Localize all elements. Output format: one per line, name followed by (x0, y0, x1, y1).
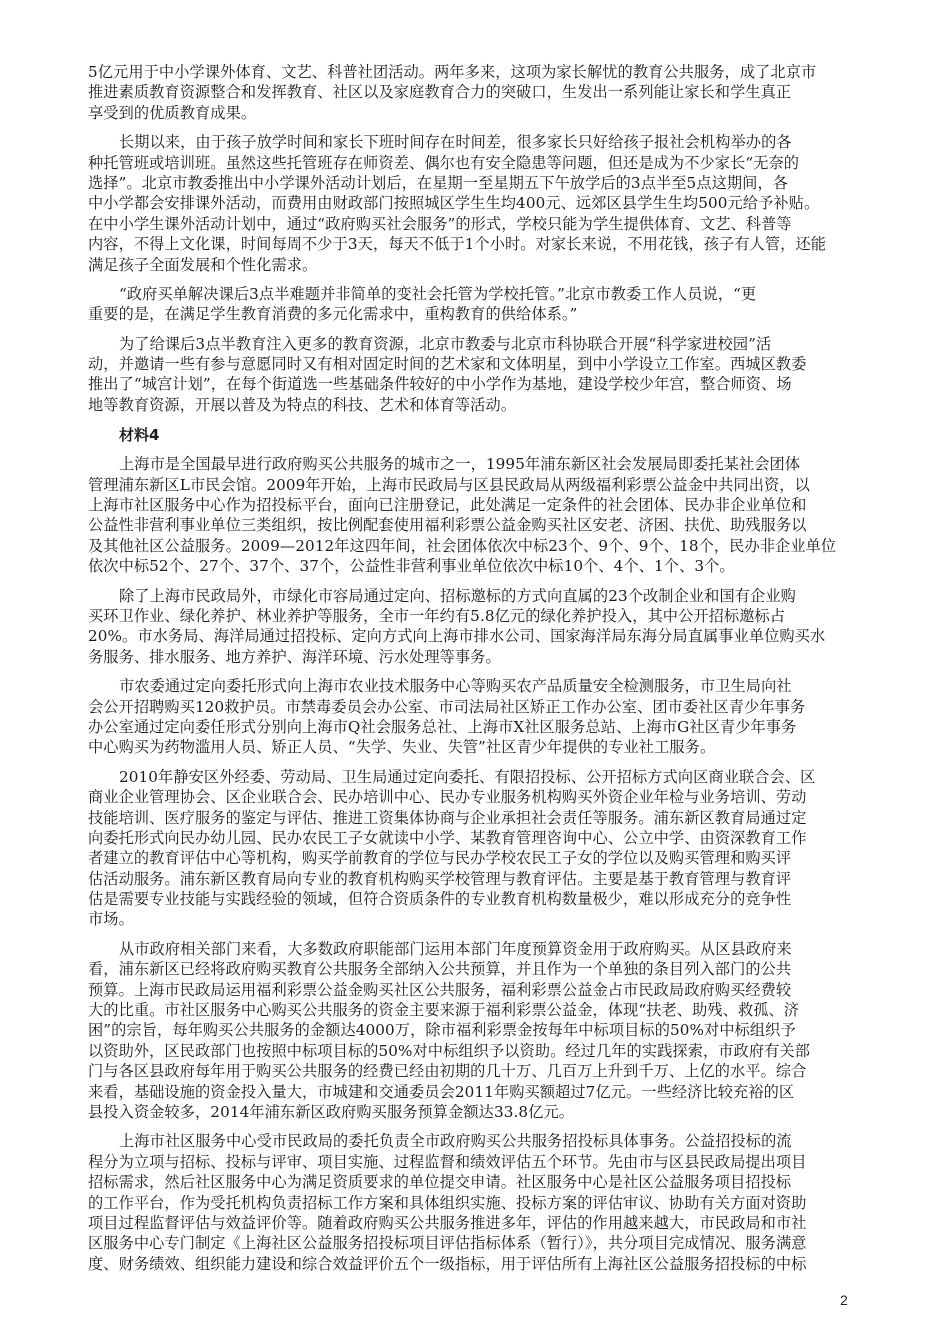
page-number: 2 (840, 1292, 848, 1308)
text-line: 门与各区县政府每年用于购买公共服务的经费已经由初期的几十万、几百万上升到千万、上… (88, 1061, 864, 1081)
text-line: 推进素质教育资源整合和发挥教育、社区以及家庭教育合力的突破口，生发出一系列能让家… (88, 82, 864, 102)
text-line: 困”的宗旨，每年购买公共服务的金额达4000万，除市福利彩票金按每年中标项目标的… (88, 1020, 864, 1040)
text-line: 重要的是，在满足学生教育消费的多元化需求中，重构教育的供给体系。” (88, 304, 864, 324)
text-line: 来看，基础设施的资金投入量大，市城建和交通委员会2011年购买额超过7亿元。一些… (88, 1082, 864, 1102)
text-line: 推出了“城宫计划”，在每个街道选一些基础条件较好的中小学作为基地，建设学校少年宫… (88, 374, 864, 394)
text-line: 买环卫作业、绿化养护、林业养护等服务，全市一年约有5.8亿元的绿化养护投入，其中… (88, 606, 864, 626)
text-line: 从市政府相关部门来看，大多数政府职能部门运用本部门年度预算资金用于政府购买。从区… (88, 939, 864, 959)
section-heading: 材料4 (119, 424, 864, 446)
text-line: 者建立的教育评估中心等机构，购买学前教育的学位与民办学校农民工子女的学位以及购买… (88, 848, 864, 868)
text-line: 看，浦东新区已经将政府购买教育公共服务全部纳入公共预算，并且作为一个单独的条目列… (88, 959, 864, 979)
text-line: 预算。上海市民政局运用福利彩票公益金购买社区公共服务，福利彩票公益金占市民政局政… (88, 980, 864, 1000)
text-line: 估活动服务。浦东新区教育局向专业的教育机构购买学校管理与教育评估。主要是基于教育… (88, 869, 864, 889)
text-line: 满足孩子全面发展和个性化需求。 (88, 255, 864, 275)
text-line: 种托管班或培训班。虽然这些托管班存在师资差、偶尔也有安全隐患等问题，但还是成为不… (88, 153, 864, 173)
text-line: 向委托形式向民办幼儿园、民办农民工子女就读中小学、某教育管理咨询中心、公立中学、… (88, 828, 864, 848)
text-line: 20%。市水务局、海洋局通过招投标、定向方式向上海市排水公司、国家海洋局东海分局… (88, 626, 864, 646)
paragraph: 除了上海市民政局外，市绿化市容局通过定向、招标邀标的方式向直属的23个改制企业和… (88, 586, 864, 668)
paragraph: “政府买单解决课后3点半难题并非简单的变社会托管为学校托管。”北京市教委工作人员… (88, 284, 864, 325)
paragraph: 长期以来，由于孩子放学时间和家长下班时间存在时间差，很多家长只好给孩子报社会机构… (88, 132, 864, 275)
text-line: 区服务中心专门制定《上海社区公益服务招投标项目评估指标体系（暂行）》，共分项目完… (88, 1233, 864, 1253)
text-line: 2010年静安区外经委、劳动局、卫生局通过定向委托、有限招投标、公开招标方式向区… (88, 767, 864, 787)
paragraph: 5亿元用于中小学课外体育、文艺、科普社团活动。两年多来，这项为家长解忧的教育公共… (88, 62, 864, 123)
text-line: 公益性非营利事业单位三类组织，按比例配套使用福利彩票公益金购买社区安老、济困、扶… (88, 515, 864, 535)
text-line: 内容，不得上文化课，时间每周不少于3天，每天不低于1个小时。对家长来说，不用花钱… (88, 234, 864, 254)
text-line: 技能培训、医疗服务的鉴定与评估、推进工资集体协商与企业承担社会责任等服务。浦东新… (88, 808, 864, 828)
text-line: 在中小学生课外活动计划中，通过“政府购买社会服务”的形式，学校只能为学生提供体育… (88, 214, 864, 234)
text-line: 地等教育资源，开展以普及为特点的科技、艺术和体育等活动。 (88, 395, 864, 415)
text-line: 享受到的优质教育成果。 (88, 103, 864, 123)
text-line: 招标需求，然后社区服务中心为满足资质要求的单位提交申请。社区服务中心是社区公益服… (88, 1172, 864, 1192)
text-line: 中心购买为药物滥用人员、矫正人员、“失学、失业、失管”社区青少年提供的专业社工服… (88, 737, 864, 757)
paragraph: 市农委通过定向委托形式向上海市农业技术服务中心等购买农产品质量安全检测服务，市卫… (88, 676, 864, 758)
text-line: 的工作平台，作为受托机构负责招标工作方案和具体组织实施、投标方案的评估审议、协助… (88, 1193, 864, 1213)
text-line: 商业企业管理协会、区企业联合会、民办培训中心、民办专业服务机构购买外资企业年检与… (88, 787, 864, 807)
text-line: 大的比重。市社区服务中心购买公共服务的资金主要来源于福利彩票公益金，体现“扶老、… (88, 1000, 864, 1020)
text-line: 估是需要专业技能与实践经验的领域，但符合资质条件的专业教育机构数量极少，难以形成… (88, 889, 864, 909)
paragraph: 为了给课后3点半教育注入更多的教育资源，北京市教委与北京市科协联合开展“科学家进… (88, 334, 864, 416)
text-line: 会公开招聘购买120救护员。市禁毒委员会办公室、市司法局社区矫正工作办公室、团市… (88, 697, 864, 717)
paragraph: 上海市是全国最早进行政府购买公共服务的城市之一，1995年浦东新区社会发展局即委… (88, 454, 864, 576)
text-line: 上海市社区服务中心作为招投标平台，面向已注册登记，此处满足一定条件的社会团体、民… (88, 495, 864, 515)
document-page: 5亿元用于中小学课外体育、文艺、科普社团活动。两年多来，这项为家长解忧的教育公共… (88, 62, 864, 1283)
text-line: 办公室通过定向委任形式分别向上海市Q社会服务总社、上海市X社区服务总站、上海市G… (88, 717, 864, 737)
text-line: 市场。 (88, 909, 864, 929)
text-line: 务服务、排水服务、地方养护、海洋环境、污水处理等事务。 (88, 647, 864, 667)
text-line: 中小学都会安排课外活动，而费用由财政部门按照城区学生生均400元、远郊区县学生生… (88, 193, 864, 213)
text-line: 管理浦东新区L市民会馆。2009年开始，上海市民政局与区县民政局从两级福利彩票公… (88, 475, 864, 495)
text-line: 长期以来，由于孩子放学时间和家长下班时间存在时间差，很多家长只好给孩子报社会机构… (88, 132, 864, 152)
text-line: 市农委通过定向委托形式向上海市农业技术服务中心等购买农产品质量安全检测服务，市卫… (88, 676, 864, 696)
text-line: 为了给课后3点半教育注入更多的教育资源，北京市教委与北京市科协联合开展“科学家进… (88, 334, 864, 354)
paragraph: 2010年静安区外经委、劳动局、卫生局通过定向委托、有限招投标、公开招标方式向区… (88, 767, 864, 930)
text-line: “政府买单解决课后3点半难题并非简单的变社会托管为学校托管。”北京市教委工作人员… (88, 284, 864, 304)
text-line: 度、财务绩效、组织能力建设和综合效益评价五个一级指标，用于评估所有上海社区公益服… (88, 1254, 864, 1274)
text-line: 依次中标52个、27个、37个、37个，公益性非营利事业单位依次中标10个、4个… (88, 556, 864, 576)
text-line: 上海市是全国最早进行政府购买公共服务的城市之一，1995年浦东新区社会发展局即委… (88, 454, 864, 474)
paragraph: 从市政府相关部门来看，大多数政府职能部门运用本部门年度预算资金用于政府购买。从区… (88, 939, 864, 1123)
text-line: 项目过程监督评估与效益评价等。随着政府购买公共服务推进多年，评估的作用越来越大，… (88, 1213, 864, 1233)
paragraph: 上海市社区服务中心受市民政局的委托负责全市政府购买公共服务招投标具体事务。公益招… (88, 1131, 864, 1274)
text-line: 动，并邀请一些有参与意愿同时又有相对固定时间的艺术家和文体明星，到中小学设立工作… (88, 354, 864, 374)
text-line: 及其他社区公益服务。2009—2012年这四年间，社会团体依次中标23个、9个、… (88, 536, 864, 556)
text-line: 5亿元用于中小学课外体育、文艺、科普社团活动。两年多来，这项为家长解忧的教育公共… (88, 62, 864, 82)
text-line: 除了上海市民政局外，市绿化市容局通过定向、招标邀标的方式向直属的23个改制企业和… (88, 586, 864, 606)
text-line: 以资助外，区民政部门也按照中标项目标的50%对中标组织予以资助。经过几年的实践探… (88, 1041, 864, 1061)
text-line: 县投入资金较多，2014年浦东新区政府购买服务预算金额达33.8亿元。 (88, 1102, 864, 1122)
text-line: 上海市社区服务中心受市民政局的委托负责全市政府购买公共服务招投标具体事务。公益招… (88, 1131, 864, 1151)
text-line: 选择”。北京市教委推出中小学课外活动计划后，在星期一至星期五下午放学后的3点半至… (88, 173, 864, 193)
text-line: 程分为立项与招标、投标与评审、项目实施、过程监督和绩效评估五个环节。先由市与区县… (88, 1152, 864, 1172)
